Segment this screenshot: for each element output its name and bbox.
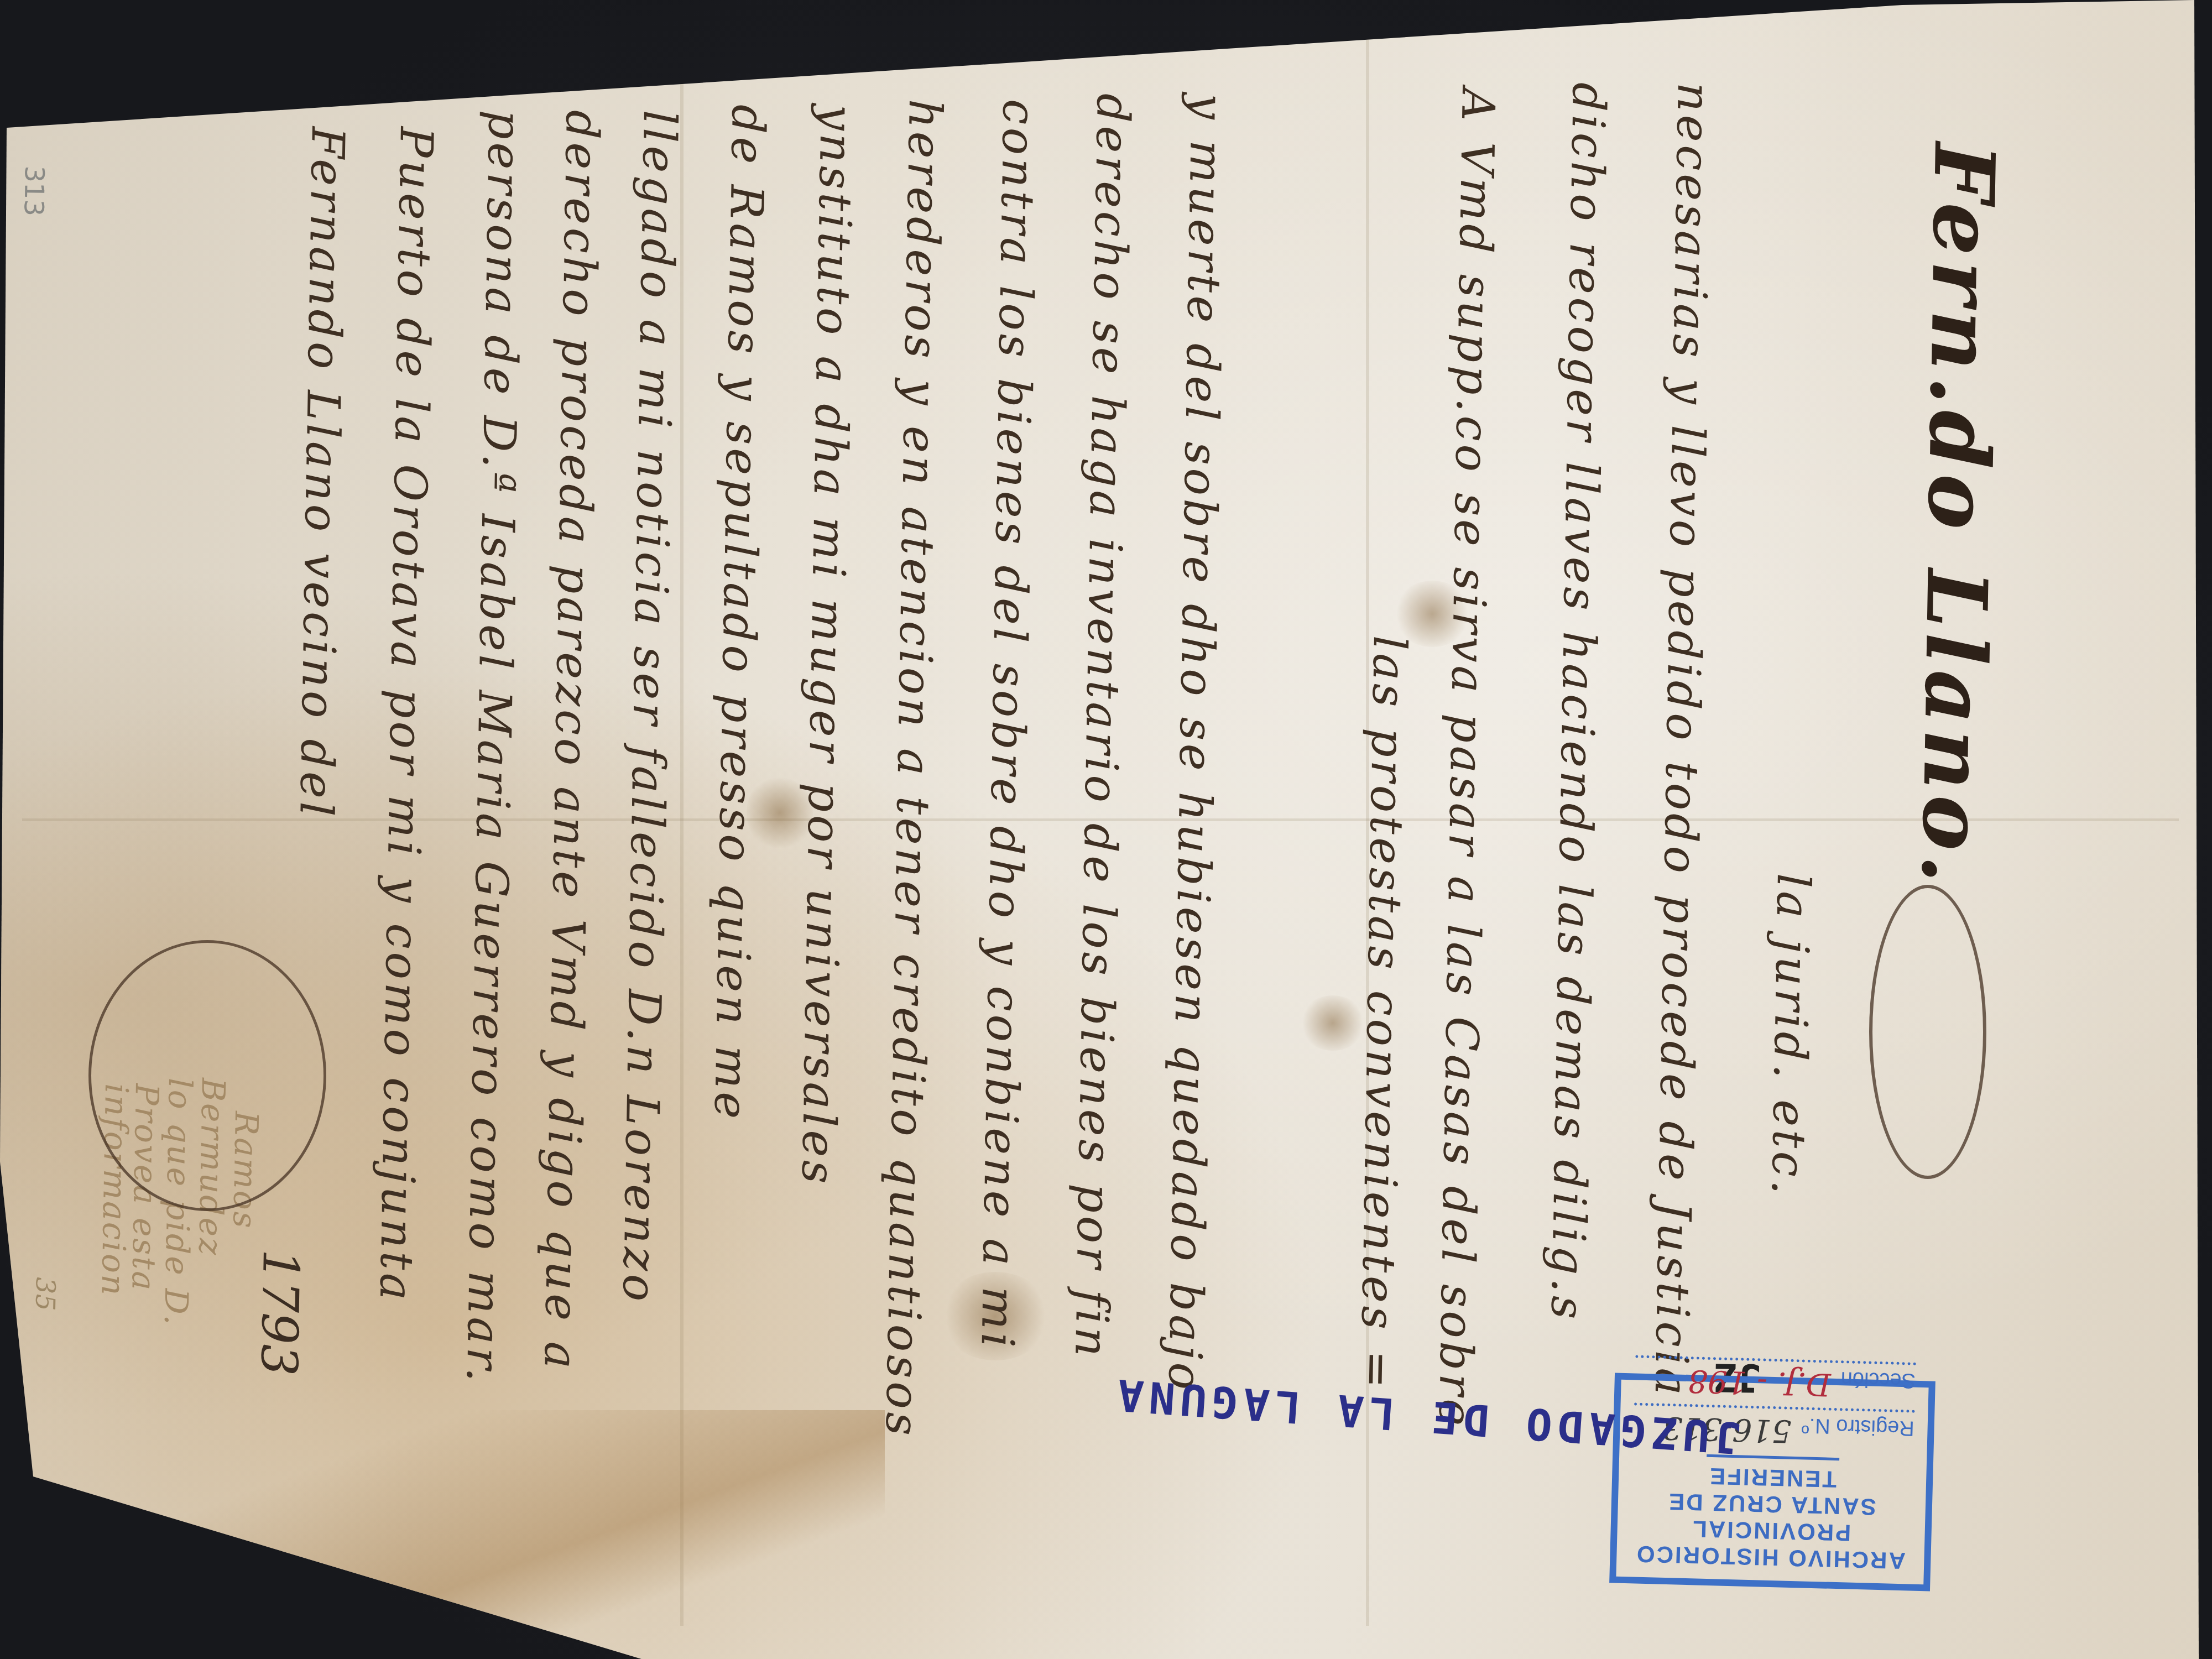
archivo-stamp-line1: ARCHIVO HISTORICO PROVINCIAL [1630,1514,1912,1574]
registro-label: Registro N.º [1801,1413,1914,1439]
year-note: 1793 [249,1249,310,1376]
seccion-row: Sección D.J. - 198 [1634,1355,1916,1404]
margin-number: 35 [29,1277,61,1311]
margin-flourish [88,940,326,1211]
seccion-label: Sección [1840,1366,1916,1392]
seccion-value: D.J. - 198 [1688,1363,1832,1402]
signature-flourish [1869,885,1986,1179]
signature: Fern.do Llano. [1902,142,2013,890]
folio-number: 313 [18,165,50,217]
archivo-stamp: ARCHIVO HISTORICO PROVINCIAL SANTA CRUZ … [1609,1373,1936,1591]
archivo-stamp-line2: SANTA CRUZ DE TENERIFE [1631,1460,1913,1521]
text-line-16: la jurid. etc. [1761,873,1819,1198]
